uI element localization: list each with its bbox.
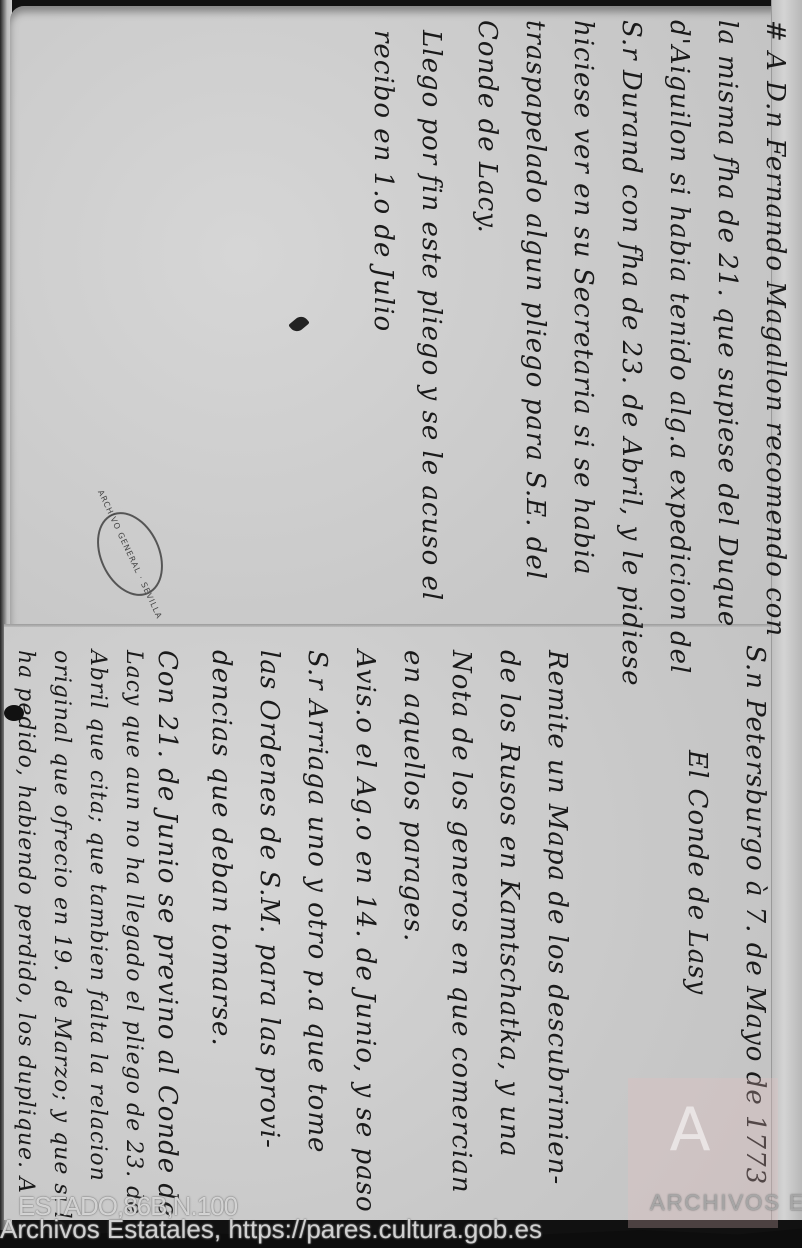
upper-line-1: # A D.n Fernando Magallon recomendo con — [760, 20, 790, 637]
heading-sender: El Conde de Lasy — [682, 750, 712, 995]
lower-line-3: Nota de los generos en que comercian — [446, 650, 476, 1194]
lower-line-13: ha pedido, habiendo perdido, los dupliqu… — [13, 650, 38, 1194]
upper-line-3: d'Aiguilon si habia tenido alg.a expedic… — [664, 20, 694, 674]
lower-line-6: S.r Arriaga uno y otro p.a que tome — [302, 650, 332, 1153]
lower-line-4: en aquellos parages. — [398, 650, 428, 942]
lower-line-12: original que ofrecio en 19. de Marzo; y … — [49, 650, 74, 1234]
upper-line-5: hiciese ver en su Secretaria si se habia — [568, 20, 598, 576]
lower-line-2: de los Rusos en Kamtschatka, y una — [494, 650, 524, 1158]
lower-line-8: dencias que deban tomarse. — [206, 650, 236, 1047]
archive-logo-icon: A — [660, 1100, 720, 1160]
lower-line-7: las Ordenes de S.M. para las provi- — [254, 650, 284, 1149]
archive-logo-text: ARCHIVOS ESTATALES — [650, 1190, 802, 1216]
ink-blot — [4, 705, 24, 721]
upper-line-4: S.r Durand con fha de 23. de Abril, y le… — [616, 20, 646, 687]
source-credit: Archivos Estatales, https://pares.cultur… — [0, 1214, 542, 1245]
upper-line-9: recibo en 1.o de Julio — [368, 30, 398, 332]
document-scan: # A D.n Fernando Magallon recomendo con … — [0, 0, 802, 1248]
upper-line-8: Llego por fin este pliego y se le acuso … — [416, 30, 446, 601]
lower-line-11: Abril que cita; que tambien falta la rel… — [85, 650, 110, 1182]
page-fold — [4, 624, 774, 627]
lower-line-1: Remite un Mapa de los descubrimien- — [542, 650, 572, 1185]
upper-line-2: la misma fha de 21. que supiese del Duqu… — [712, 20, 742, 627]
lower-line-5: Avis.o el Ag.o en 14. de Junio, y se pas… — [350, 650, 380, 1248]
upper-line-6: traspapelado algun pliego para S.E. del — [520, 20, 550, 580]
lower-line-9: Con 21. de Junio se previno al Conde de — [152, 650, 182, 1217]
upper-line-7: Conde de Lacy. — [472, 20, 502, 234]
lower-line-10: Lacy que aun no ha llegado el pliego de … — [121, 650, 146, 1215]
